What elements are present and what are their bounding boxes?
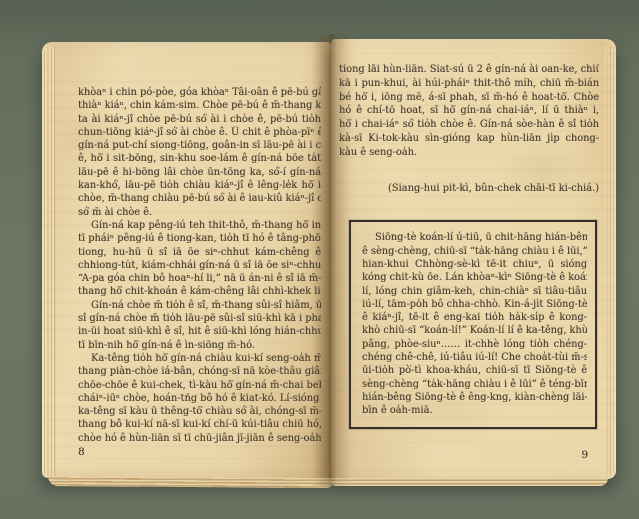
text-line: sèng-chèng “ta̍k-hāng chiàu i ê lūi” ê t… <box>362 378 587 391</box>
text-line: lí, lóng chin giâm-keh, chin-chiàⁿ sī ti… <box>362 285 587 298</box>
text-line: “A-pa góa chin bô hoaⁿ-hí li,” nā ū án-n… <box>78 272 321 285</box>
attribution-line: (Siang-hui pit-kì, bûn-chek chāi-tī ki-c… <box>339 182 599 196</box>
text-line: hó ê chí-tō hoat, sī hō͘ gín-ná chai-iáⁿ… <box>339 104 599 118</box>
text-line: kā i pun-khui, ài húi-pháiⁿ thit-thô mi̍… <box>339 77 599 91</box>
text-line: kan-khó͘, lāu-pē tio̍h chiàu kiáⁿ-jî ê l… <box>78 179 321 192</box>
right-page-body: tiong lāi hùn-liān. Siat-sú ū 2 ê gín-ná… <box>339 63 599 160</box>
left-page: khòaⁿ i chin pó-pòe, góa khòaⁿ Tâi-oân ê… <box>42 42 331 478</box>
text-line: thang piàn-chòe iá-bân, chóng-sī nā kòe-… <box>78 365 321 378</box>
text-line: thang bô kui-kí nā-sī kui-kí chí-ū kúi-t… <box>78 418 321 431</box>
text-line: kóng chit-kù ōe. Lán khòaⁿ-kìⁿ Siōng-tè … <box>362 271 587 284</box>
right-page-number: 9 <box>581 449 588 461</box>
text-line: chōe-chōe ê kui-chek, tì-kàu hō͘ gín-ná … <box>78 379 321 392</box>
text-line: chhiong-tu̍t, kiám-chhái gín-ná ū sî iā … <box>78 259 321 272</box>
text-line: iú-lí, tām-po̍h bô chha-chhò. Kin-á-ji̍t… <box>362 298 587 311</box>
text-line: Ka-têng tio̍h hō͘ gín-ná chiàu kui-kí se… <box>78 352 321 365</box>
text-line: Siōng-tè koán-lí ú-tiū, ū chit-hāng hián… <box>362 231 587 244</box>
text-line: cháiⁿ-iūⁿ chòe, hoán-tńg bô hó ê kiat-kó… <box>78 392 321 405</box>
text-line: thiàⁿ kiáⁿ, chin kám-sim. Chòe pē-bú ê m… <box>78 99 321 112</box>
text-line: kàu ê seng-oa̍h. <box>339 146 599 160</box>
right-page-text: tiong lāi hùn-liān. Siat-sú ū 2 ê gín-ná… <box>339 63 599 429</box>
quote-box: Siōng-tè koán-lí ú-tiū, ū chit-hāng hián… <box>349 220 597 428</box>
text-line: tī pháiⁿ pêng-iú ê tiong-kan, tio̍h tī h… <box>78 232 321 245</box>
text-line: kà-sī Ki-tok-kàu sìn-gióng kap hùn-liān … <box>339 132 599 146</box>
text-line: chòe, m̄-thang chiàu pē-bú só͘ ài ê iau-… <box>78 192 321 205</box>
text-line: tiong lāi hùn-liān. Siat-sú ū 2 ê gín-ná… <box>339 63 599 77</box>
left-page-text: khòaⁿ i chin pó-pòe, góa khòaⁿ Tâi-oân ê… <box>78 86 321 445</box>
text-line: hō͘ i chai-iáⁿ só͘ tio̍h chòe ê. Gín-ná … <box>339 118 599 132</box>
desk-surface: khòaⁿ i chin pó-pòe, góa khòaⁿ Tâi-oân ê… <box>0 0 639 519</box>
text-line: ê kiáⁿ-jî, tē-it ê eng-kai tio̍h ha̍k-si… <box>362 311 587 324</box>
right-page: tiong lāi hùn-liān. Siat-sú ū 2 ê gín-ná… <box>331 39 616 479</box>
text-line: khòaⁿ i chin pó-pòe, góa khòaⁿ Tâi-oân ê… <box>78 86 321 99</box>
text-line: bé hō͘ i, iōng mē, á-sī phah, sī m̄-hó ê… <box>339 91 599 105</box>
text-line: ūi-tio̍h pò͘-tì khoa-kháu, chiū-sī tī Si… <box>362 364 587 377</box>
text-line: pâng, phòe-siuⁿ…… it-chhè lóng tio̍h ché… <box>362 338 587 351</box>
text-line: tī bīn-nih hō͘ gín-ná ê ìn-siōng m̄-hó. <box>78 339 321 352</box>
text-line: chéng chê-chê, iú-tiâu iú-lí! Che choa̍t… <box>362 351 587 364</box>
text-line: bīn ê oa̍h-miā. <box>362 404 587 417</box>
book-spread: khòaⁿ i chin pó-pòe, góa khòaⁿ Tâi-oân ê… <box>42 34 616 486</box>
text-line: hian-khui Chhòng-sè-kì tē-it chiuⁿ, ū si… <box>362 258 587 271</box>
text-line: chun-tiōng kiáⁿ-jî só͘ ài chòe ê. Ū chit… <box>78 126 321 139</box>
text-line: in-ūi hoat siū-khì ê sî, hit ê siū-khì l… <box>78 325 321 338</box>
text-line: ta ài kiáⁿ-jî chòe pē-bú só͘ ài i chòe ê… <box>78 113 321 126</box>
text-line: khò chiū-sī “koán-lí!” Koán-lí lí ê ka-t… <box>362 324 587 337</box>
text-line: ka-têng sī kàu ū thêng-tō͘ chiàu só͘ ài,… <box>78 405 321 418</box>
text-line: hián-bêng Siōng-tè ê êng-kng, kiàn-chèng… <box>362 391 587 404</box>
text-line: tiong, hu-hū ū sî iā ōe siⁿ-chhut kám-ch… <box>78 246 321 259</box>
text-line: ê sèng-chèng, chiū-sī “ta̍k-hāng chiàu i… <box>362 245 587 258</box>
text-line: lāu-pē ê hi-bōng lâi chòe ūn-tōng ka, só… <box>78 166 321 179</box>
text-line: só͘ m̄ ài chòe ê. <box>78 206 321 219</box>
text-line: Gín-ná chòe m̄ tio̍h ê sî, m̄-thang sûi-… <box>78 299 321 312</box>
text-line: Gín-ná kap pêng-iú teh thit-thô, m̄-than… <box>78 219 321 232</box>
text-line: thang hō͘ chit-khoán ê kám-chêng lâi chh… <box>78 285 321 298</box>
text-line: gín-ná put-chí siong-tiōng, goân-in sī l… <box>78 139 321 152</box>
text-line: sî gín-ná chòe m̄ tio̍h lāu-pē sûi-sî si… <box>78 312 321 325</box>
text-line: ê, hō͘ i sit-bōng, sin-khu soe-lám ê gín… <box>78 152 321 165</box>
left-page-number: 8 <box>78 446 85 458</box>
text-line: chòe hó ê hùn-liān sī tī chū-jiân jī-jiā… <box>78 432 321 445</box>
